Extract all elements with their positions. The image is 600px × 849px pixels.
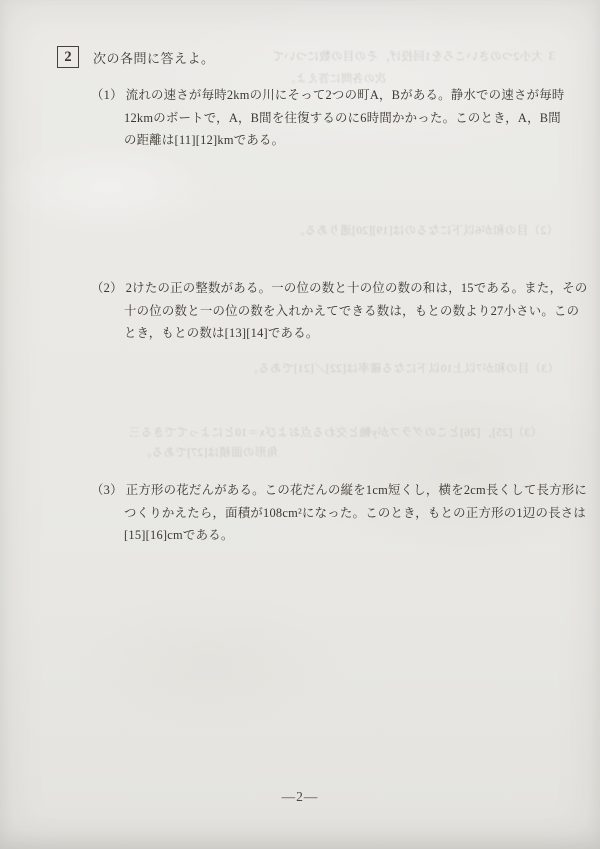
problem-2: （2）2けたの正の整数がある。一の位の数と十の位の数の和は，15である。また，そ… (91, 277, 588, 345)
problem-line: （1）流れの速さが毎時2kmの川にそって2つの町A，Bがある。静水での速さが毎時 (91, 84, 565, 107)
problem-line: （2）2けたの正の整数がある。一の位の数と十の位の数の和は，15である。また，そ… (91, 277, 588, 300)
problem-heading: 2 次の各問に答えよ。 (57, 46, 215, 68)
problem-line: とき，もとの数は[13][14]である。 (124, 322, 588, 345)
problem-line: つくりかえたら，面積が108cm²になった。このとき，もとの正方形の1辺の長さは (124, 502, 587, 525)
problem-number-box: 2 (57, 46, 79, 68)
scanned-exam-page: ３ 大小2つのさいころを1回投げ，その目の数について 次の各問に答えよ。 （2）… (0, 0, 600, 849)
problem-line: 十の位の数と一の位の数を入れかえてできる数は，もとの数より27小さい。この (124, 300, 588, 323)
problem-3-text: 正方形の花だんがある。この花だんの縦を1cm短くし，横を2cm長くして長方形に (126, 483, 587, 497)
page-number: —2— (0, 789, 600, 805)
problem-line: （3）正方形の花だんがある。この花だんの縦を1cm短くし，横を2cm長くして長方… (91, 479, 587, 502)
bleed-through-text: （3）[25]，[26]とこのグラフがy軸と交わる点およびx＝10とによってでき… (80, 424, 542, 440)
problem-line: [15][16]cmである。 (124, 524, 587, 547)
bleed-through-text: （2）目の和が6以下になるのは[19][20]通りある。 (216, 222, 558, 238)
problem-1: （1）流れの速さが毎時2kmの川にそって2つの町A，Bがある。静水での速さが毎時… (91, 84, 565, 152)
problem-3-label: （3） (91, 483, 123, 497)
problem-1-text: 流れの速さが毎時2kmの川にそって2つの町A，Bがある。静水での速さが毎時 (126, 88, 565, 102)
bleed-through-text: （3）目の和が7以上10以下になる確率は[22]／[21]である。 (207, 360, 559, 376)
problem-instruction: 次の各問に答えよ。 (93, 48, 215, 67)
problem-2-text: 2けたの正の整数がある。一の位の数と十の位の数の和は，15である。また，その (126, 281, 588, 295)
problem-3: （3）正方形の花だんがある。この花だんの縦を1cm短くし，横を2cm長くして長方… (91, 479, 587, 547)
problem-1-label: （1） (91, 88, 123, 102)
problem-line: の距離は[11][12]kmである。 (124, 129, 565, 152)
problem-2-label: （2） (91, 281, 123, 295)
problem-line: 12kmのボートで，A，B間を往復するのに6時間かかった。このとき，A，B間 (124, 107, 565, 130)
bleed-through-text: 角形の面積は[27]である。 (100, 444, 278, 460)
bleed-through-text: ３ 大小2つのさいころを1回投げ，その目の数について (284, 48, 558, 64)
